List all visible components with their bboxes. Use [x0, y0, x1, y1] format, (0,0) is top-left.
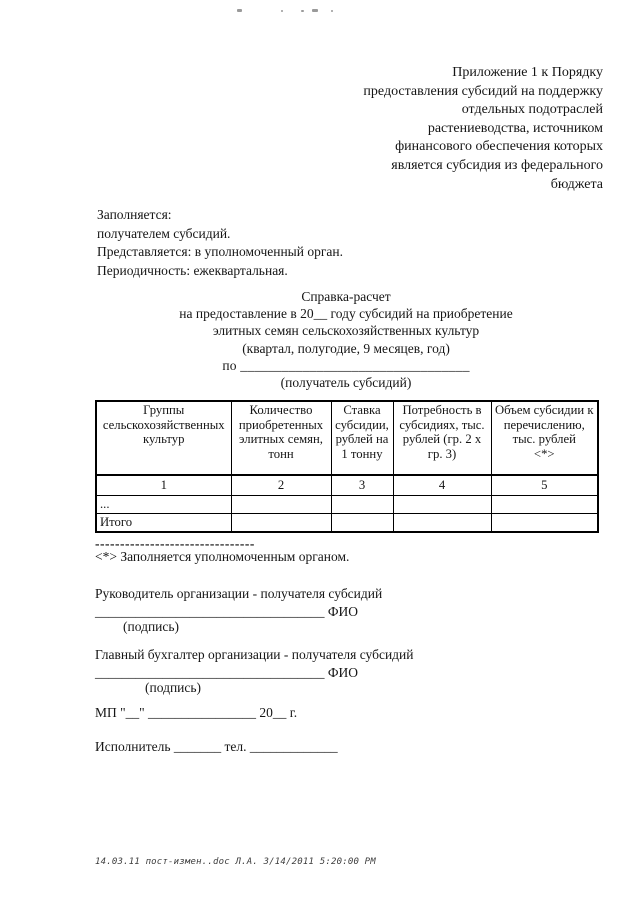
document-title-line: элитных семян сельскохозяйственных культ… [95, 322, 597, 339]
fill-info-line: Представляется: в уполномоченный орган. [97, 243, 343, 262]
scan-artifact [301, 10, 304, 12]
document-title-line: на предоставление в 20__ году субсидий н… [95, 305, 597, 322]
cell-volume [491, 514, 598, 533]
fill-info-line: получателем субсидий. [97, 225, 343, 244]
cell-rate [331, 514, 393, 533]
signature-block-director: Руководитель организации - получателя су… [95, 586, 382, 635]
signature-title: Руководитель организации - получателя су… [95, 586, 382, 602]
column-number: 1 [96, 475, 231, 496]
fill-info-block: Заполняется: получателем субсидий. Предс… [97, 206, 343, 280]
fill-info-line: Периодичность: ежеквартальная. [97, 262, 343, 281]
cell-quantity [231, 514, 331, 533]
appendix-line: растениеводства, источником [303, 120, 603, 139]
scan-footer-text: 14.03.11 пост-измен..doc Л.А. 3/14/2011 … [95, 857, 376, 867]
scan-artifact [237, 9, 242, 12]
table-header-row: Группы сельскохозяйственных культур Коли… [96, 401, 598, 475]
cell-volume [491, 496, 598, 514]
signature-block-accountant: Главный бухгалтер организации - получате… [95, 647, 413, 696]
appendix-line: бюджета [303, 176, 603, 195]
header-crop-groups: Группы сельскохозяйственных культур [96, 401, 231, 475]
table-row-total: Итого [96, 514, 598, 533]
document-title-line: (квартал, полугодие, 9 месяцев, год) [95, 340, 597, 357]
header-seed-quantity: Количество приобретенных элитных семян, … [231, 401, 331, 475]
recipient-caption: (получатель субсидий) [95, 374, 597, 391]
cell-total-label: Итого [96, 514, 231, 533]
cell-need [393, 514, 491, 533]
appendix-line: предоставления субсидий на поддержку [303, 83, 603, 102]
executor-phone-line: Исполнитель _______ тел. _____________ [95, 739, 338, 755]
scanned-document-page: Приложение 1 к Порядку предоставления су… [0, 0, 640, 905]
signature-blank-line: __________________________________ ФИО [95, 665, 413, 681]
column-number: 3 [331, 475, 393, 496]
document-title-block: Справка-расчет на предоставление в 20__ … [95, 288, 597, 391]
footnote-block: -------------------------------- <*> Зап… [95, 538, 349, 564]
cell-quantity [231, 496, 331, 514]
signature-caption: (подпись) [145, 680, 413, 696]
document-title: Справка-расчет [95, 288, 597, 305]
fill-info-line: Заполняется: [97, 206, 343, 225]
header-subsidy-need: Потребность в субсидиях, тыс. рублей (гр… [393, 401, 491, 475]
scan-artifact [281, 10, 283, 12]
scan-artifact [331, 10, 333, 12]
appendix-line: Приложение 1 к Порядку [303, 64, 603, 83]
appendix-line: является субсидия из федерального [303, 157, 603, 176]
footnote-rule: -------------------------------- [95, 538, 349, 549]
header-subsidy-rate: Ставка субсидии, рублей на 1 тонну [331, 401, 393, 475]
header-subsidy-volume: Объем субсидии к перечислению, тыс. рубл… [491, 401, 598, 475]
signature-blank-line: __________________________________ ФИО [95, 604, 382, 620]
table-row-ellipsis: ... [96, 496, 598, 514]
scan-artifact [312, 9, 318, 12]
column-number: 2 [231, 475, 331, 496]
stamp-date-line: МП "__" ________________ 20__ г. [95, 705, 297, 721]
cell-need [393, 496, 491, 514]
appendix-line: финансового обеспечения которых [303, 138, 603, 157]
column-number: 4 [393, 475, 491, 496]
signature-caption: (подпись) [123, 619, 382, 635]
column-number: 5 [491, 475, 598, 496]
cell-crop-group: ... [96, 496, 231, 514]
subsidy-calc-table: Группы сельскохозяйственных культур Коли… [95, 400, 599, 533]
appendix-line: отдельных подотраслей [303, 101, 603, 120]
signature-title: Главный бухгалтер организации - получате… [95, 647, 413, 663]
appendix-note: Приложение 1 к Порядку предоставления су… [303, 64, 603, 194]
footnote-text: <*> Заполняется уполномоченным органом. [95, 549, 349, 564]
cell-rate [331, 496, 393, 514]
recipient-blank-line: по _________________________________ [95, 357, 597, 374]
column-number-row: 1 2 3 4 5 [96, 475, 598, 496]
